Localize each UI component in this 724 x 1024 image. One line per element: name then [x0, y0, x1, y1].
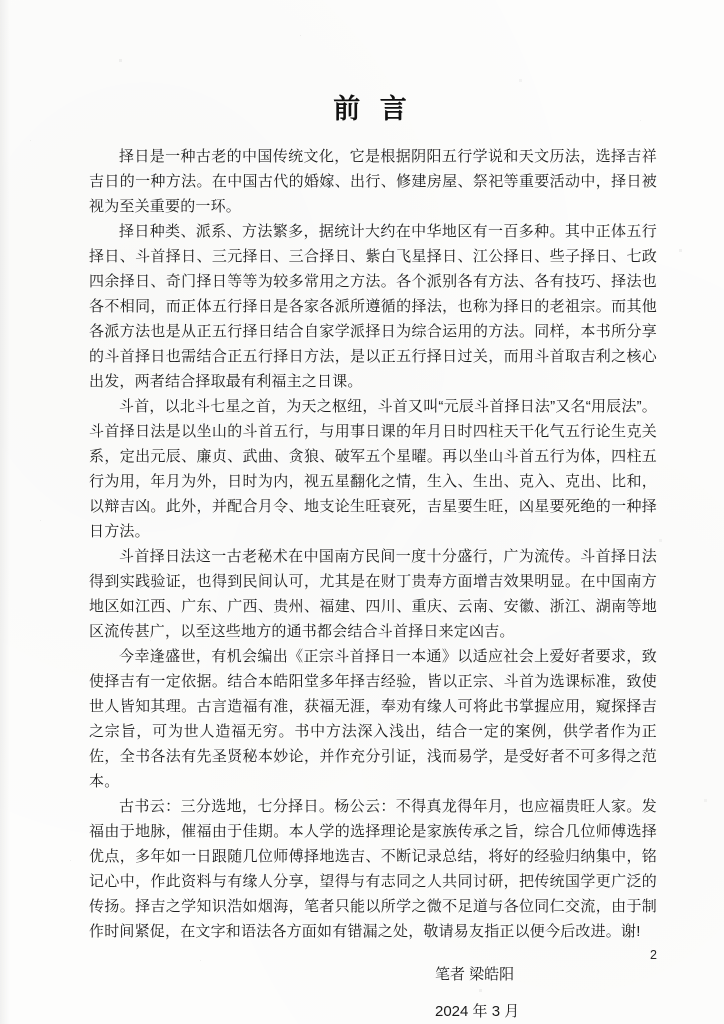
paragraph-2: 择日种类、派系、方法繁多，据统计大约在中华地区有一百多种。其中正体五行择日、斗首… [89, 219, 657, 394]
paragraph-5: 今幸逢盛世，有机会编出《正宗斗首择日一本通》以适应社会上爱好者要求，致使择吉有一… [89, 644, 657, 794]
paragraph-4: 斗首择日法这一古老秘术在中国南方民间一度十分盛行，广为流传。斗首择日法得到实践验… [89, 544, 657, 644]
preface-body: 择日是一种古老的中国传统文化，它是根据阴阳五行学说和天文历法，选择吉祥吉日的一种… [89, 144, 657, 944]
paragraph-6: 古书云：三分选地，七分择日。杨公云：不得真龙得年月，也应福贵旺人家。发福由于地脉… [89, 794, 657, 944]
page-title: 前 言 [89, 92, 657, 126]
scan-edge-shadow [0, 0, 10, 1024]
author-signature: 笔者 梁皓阳 [89, 962, 657, 987]
paragraph-3: 斗首，以北斗七星之首，为天之枢纽，斗首又叫“元辰斗首择日法”又名“用辰法”。斗首… [89, 394, 657, 544]
text-block: 前 言 择日是一种古老的中国传统文化，它是根据阴阳五行学说和天文历法，选择吉祥吉… [89, 92, 657, 1024]
publication-date: 2024 年 3 月 [89, 999, 657, 1024]
page-number: 2 [650, 948, 657, 962]
scanned-document-page: 前 言 择日是一种古老的中国传统文化，它是根据阴阳五行学说和天文历法，选择吉祥吉… [0, 0, 724, 1024]
paragraph-1: 择日是一种古老的中国传统文化，它是根据阴阳五行学说和天文历法，选择吉祥吉日的一种… [89, 144, 657, 219]
